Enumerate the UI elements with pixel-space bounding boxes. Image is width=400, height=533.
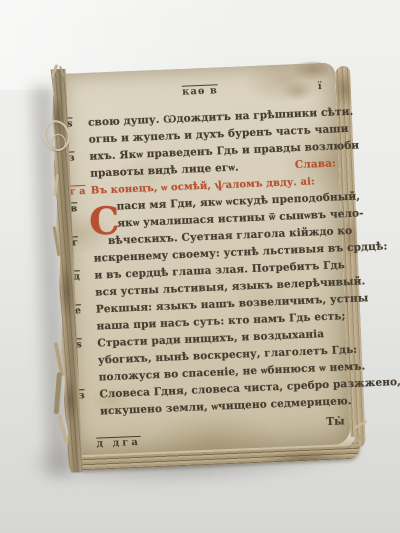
slava-rubric: Слава: [295,155,337,174]
kathisma-title: каѳ в [182,85,218,97]
page-text: ѕсвою душу. Ѡдождитъ на грѣшники сѣти.ог… [88,104,347,420]
quire-signature: д дга [96,437,141,450]
drop-cap-initial: С [88,201,120,242]
photograph: каѳ в ї ѕсвою душу. Ѡдождитъ на грѣшники… [0,0,400,533]
text-block: ѕсвою душу. Ѡдождитъ на грѣшники сѣти.ог… [88,104,347,439]
worn-corner [273,61,331,113]
book: каѳ в ї ѕсвою душу. Ѡдождитъ на грѣшники… [57,62,364,469]
page: каѳ в ї ѕсвою душу. Ѡдождитъ на грѣшники… [59,62,351,455]
verse-number: г а [70,183,86,201]
